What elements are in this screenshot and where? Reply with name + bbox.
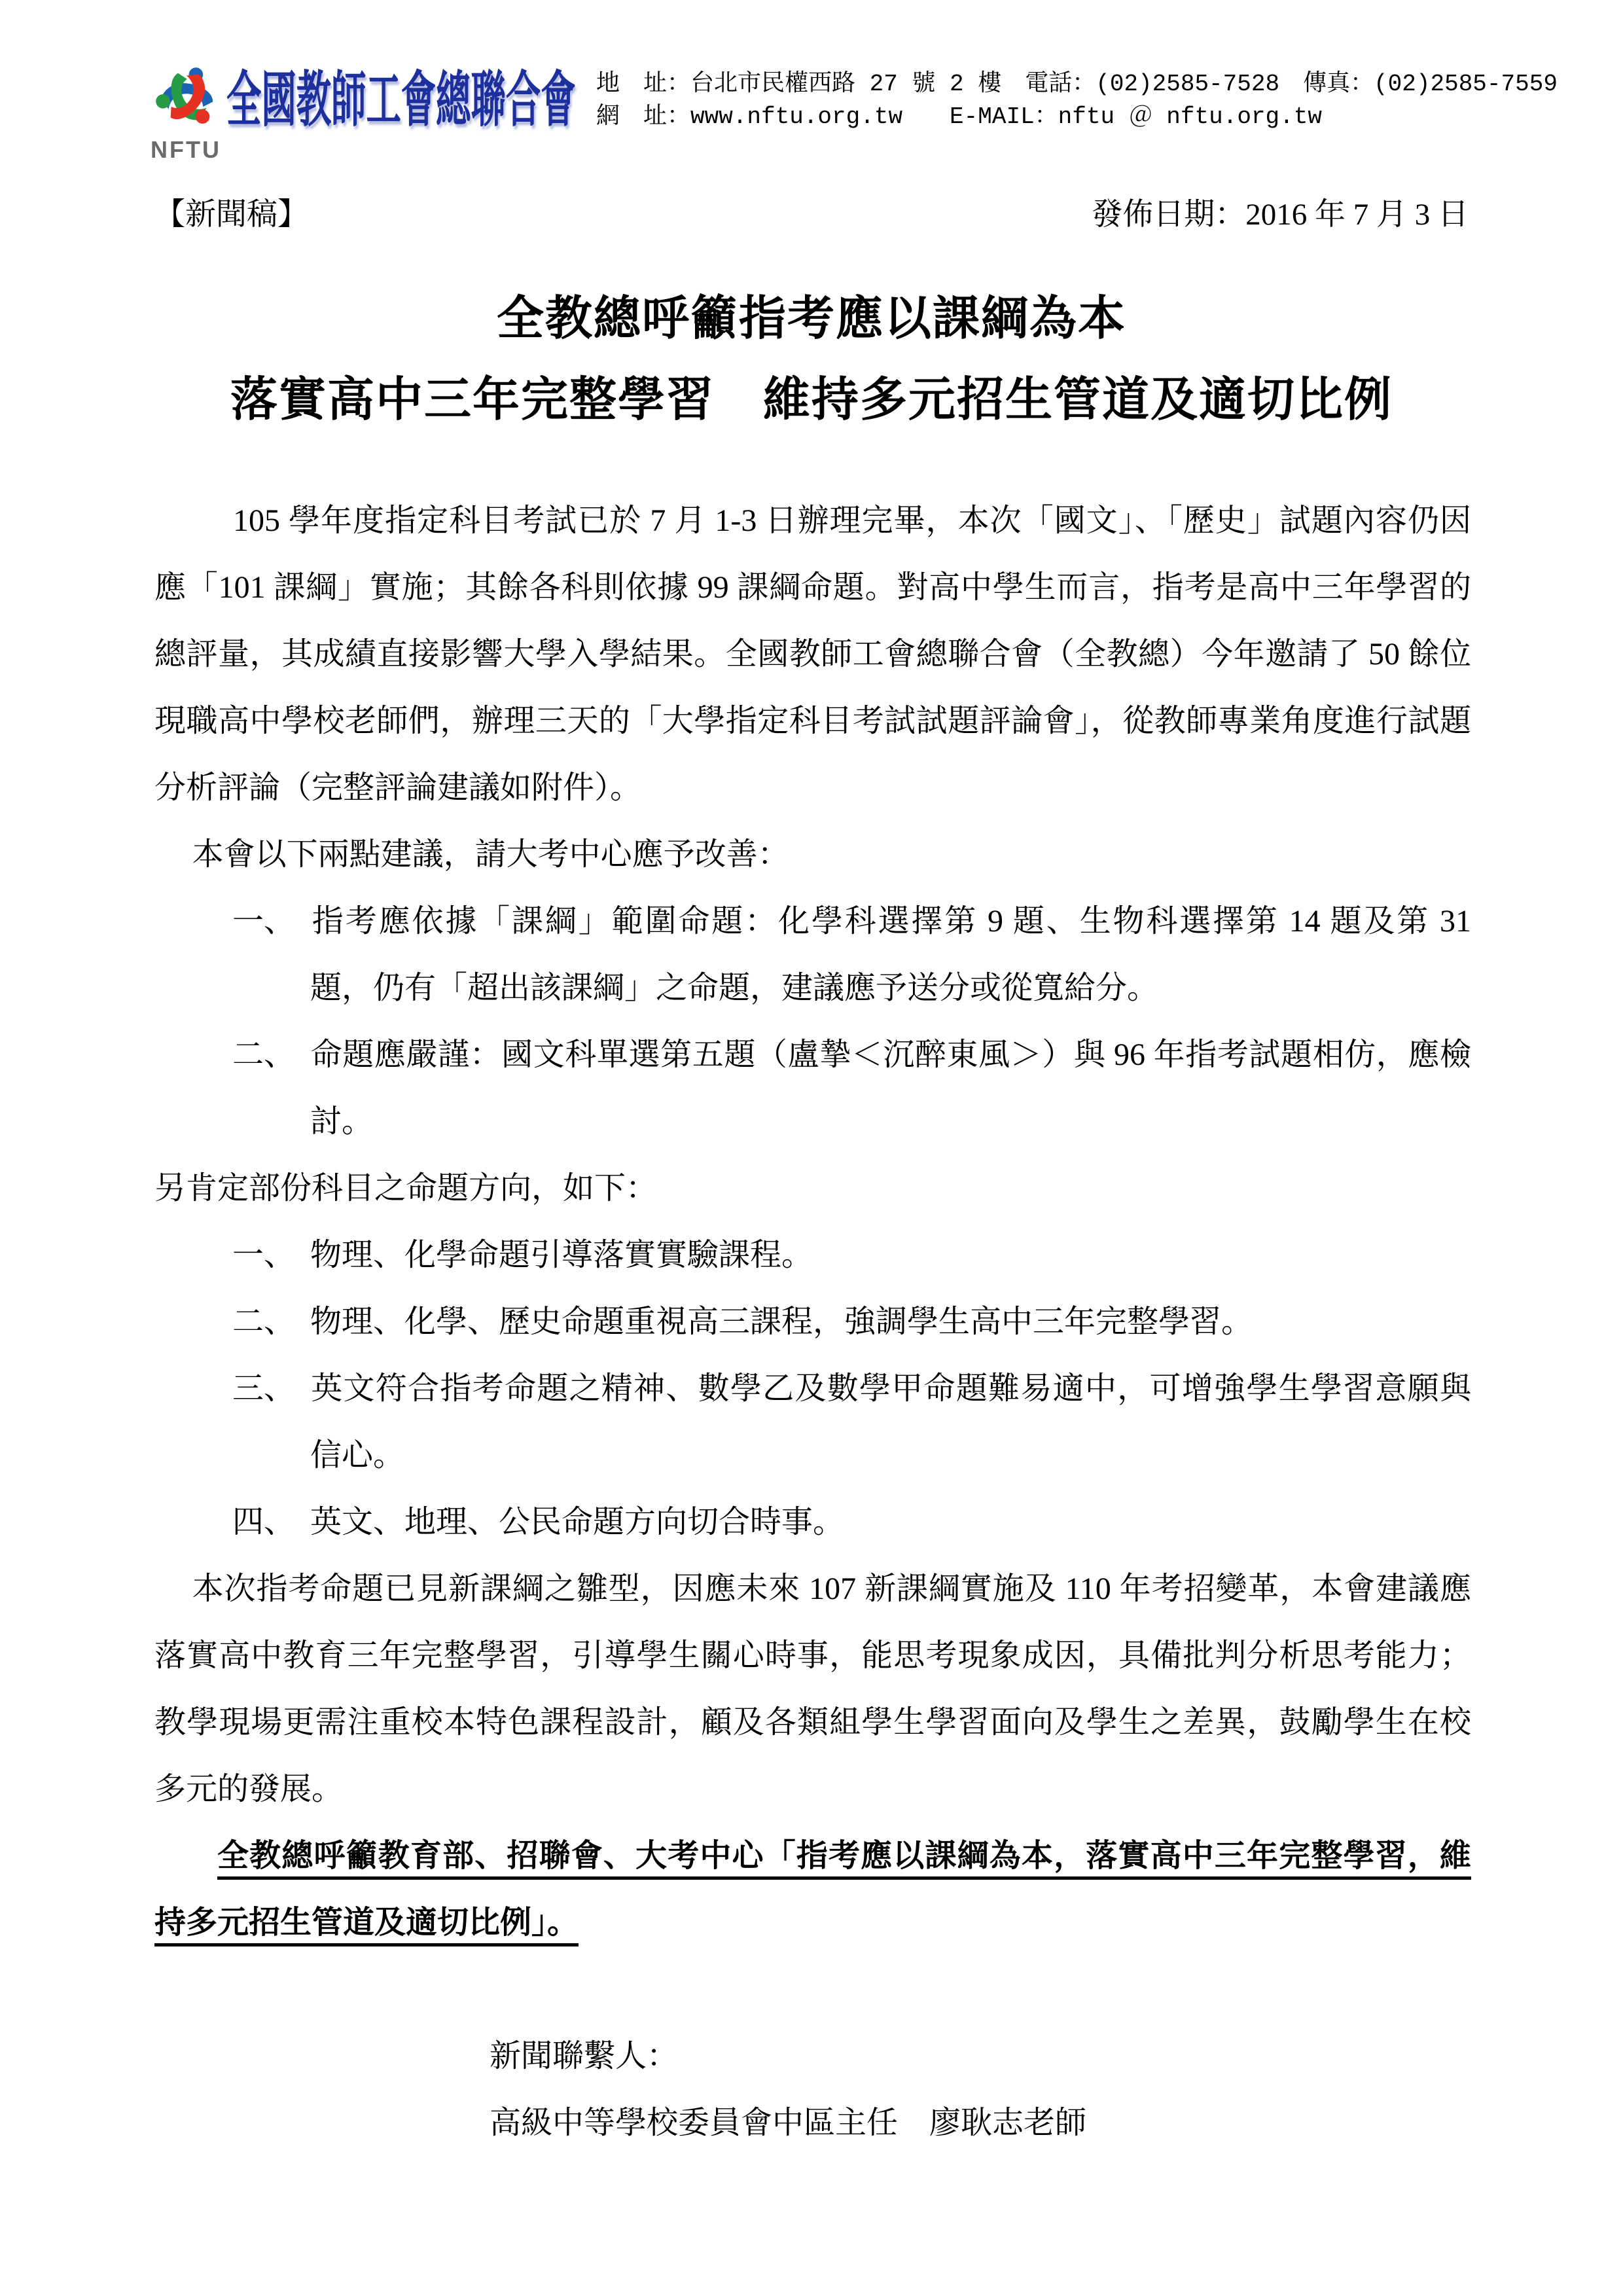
list-item-text: 命題應嚴謹：國文科單選第五題（盧摯＜沉醉東風＞）與 96 年指考試題相仿，應檢討…	[310, 1037, 1471, 1139]
nftu-logo: NFTU 全國教師工會總聯合會	[145, 58, 577, 162]
paragraph-outlook: 本次指考命題已見新課綱之雛型，因應未來 107 新課綱實施及 110 年考招變革…	[154, 1556, 1471, 1823]
paragraph-intro: 105 學年度指定科目考試已於 7 月 1-3 日辦理完畢，本次「國文」、「歷史…	[154, 488, 1471, 821]
release-date: 發佈日期：2016 年 7 月 3 日	[1092, 197, 1469, 232]
meta-row: 【新聞稿】 發佈日期：2016 年 7 月 3 日	[0, 197, 1623, 232]
org-name: 全國教師工會總聯合會	[226, 64, 429, 136]
press-contact-person: 高級中等學校委員會中區主任 廖耿志老師	[490, 2090, 1471, 2157]
press-release-page: NFTU 全國教師工會總聯合會 地 址：台北市民權西路 27 號 2 樓 電話：…	[0, 0, 1623, 2296]
list-marker: 三、	[232, 1355, 310, 1422]
list-item: 一、物理、化學命題引導落實實驗課程。	[154, 1222, 1471, 1289]
list-item-text: 物理、化學命題引導落實實驗課程。	[310, 1238, 813, 1272]
paragraph-appeal-bold-underline: 全教總呼籲教育部、招聯會、大考中心「指考應以課綱為本，落實高中三年完整學習，維持…	[154, 1823, 1471, 1956]
body-text: 105 學年度指定科目考試已於 7 月 1-3 日辦理完畢，本次「國文」、「歷史…	[0, 488, 1623, 2157]
contact-line-web-email: 網 址：www.nftu.org.tw E-MAIL：nftu ＠ nftu.o…	[596, 101, 1558, 134]
contact-info: 地 址：台北市民權西路 27 號 2 樓 電話：(02)2585-7528 傳真…	[596, 68, 1558, 134]
list-marker: 一、	[232, 888, 310, 955]
list-marker: 四、	[232, 1489, 310, 1556]
title-line-1: 全教總呼籲指考應以課綱為本	[0, 294, 1623, 345]
list-marker: 一、	[232, 1222, 310, 1289]
press-contact-block: 新聞聯繫人： 高級中等學校委員會中區主任 廖耿志老師	[490, 2023, 1471, 2157]
paragraph-affirmation-lead: 另肯定部份科目之命題方向，如下：	[154, 1155, 1471, 1222]
list-item: 二、物理、化學、歷史命題重視高三課程，強調學生高中三年完整學習。	[154, 1289, 1471, 1355]
list-item: 二、命題應嚴謹：國文科單選第五題（盧摯＜沉醉東風＞）與 96 年指考試題相仿，應…	[154, 1022, 1471, 1155]
org-name-wrap: 全國教師工會總聯合會	[226, 64, 577, 149]
contact-line-address-phone-fax: 地 址：台北市民權西路 27 號 2 樓 電話：(02)2585-7528 傳真…	[596, 68, 1558, 101]
letterhead: NFTU 全國教師工會總聯合會 地 址：台北市民權西路 27 號 2 樓 電話：…	[0, 0, 1623, 162]
doc-type-label: 【新聞稿】	[154, 197, 308, 232]
list-marker: 二、	[232, 1022, 310, 1088]
list-item: 一、指考應依據「課綱」範圍命題：化學科選擇第 9 題、生物科選擇第 14 題及第…	[154, 888, 1471, 1022]
nftu-acronym: NFTU	[145, 138, 226, 162]
paragraph-suggestion-lead: 本會以下兩點建議，請大考中心應予改善：	[154, 821, 1471, 888]
list-marker: 二、	[232, 1289, 310, 1355]
list-item: 四、英文、地理、公民命題方向切合時事。	[154, 1489, 1471, 1556]
list-item-text: 英文、地理、公民命題方向切合時事。	[310, 1505, 844, 1539]
nftu-logo-mark: NFTU	[145, 58, 226, 162]
list-item-text: 英文符合指考命題之精神、數學乙及數學甲命題難易適中，可增強學生學習意願與信心。	[310, 1371, 1471, 1473]
list-item-text: 物理、化學、歷史命題重視高三課程，強調學生高中三年完整學習。	[310, 1304, 1253, 1339]
title-line-2: 落實高中三年完整學習 維持多元招生管道及適切比例	[0, 375, 1623, 426]
list-item: 三、英文符合指考命題之精神、數學乙及數學甲命題難易適中，可增強學生學習意願與信心…	[154, 1355, 1471, 1489]
list-item-text: 指考應依據「課綱」範圍命題：化學科選擇第 9 題、生物科選擇第 14 題及第 3…	[310, 904, 1471, 1005]
press-contact-label: 新聞聯繫人：	[490, 2023, 1471, 2090]
